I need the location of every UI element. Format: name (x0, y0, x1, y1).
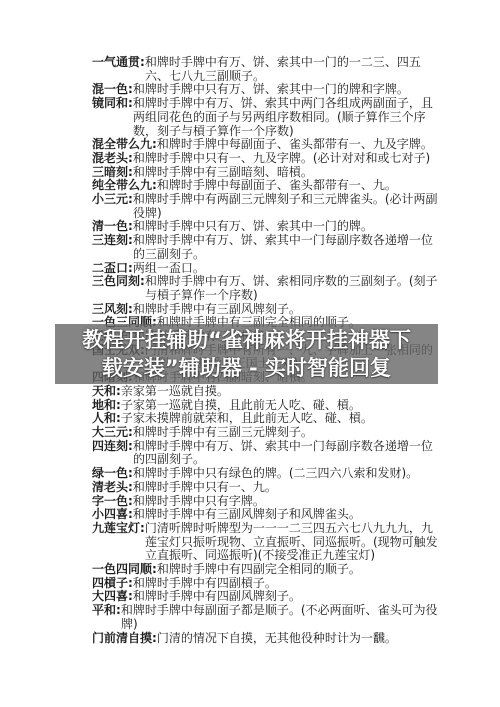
term-label: 混一色: (92, 82, 133, 96)
term-label: 清老头: (92, 480, 133, 494)
definition-entry: 一色四同顺:和牌时手牌中有四副完全相同的顺子。 (92, 563, 440, 577)
term-label: 字一色: (92, 494, 133, 508)
definition-entry: 三色同刻:和牌时手牌中有万、饼、索相同序数的三副刻子。(刻子与槓子算作一个序数) (92, 275, 440, 302)
definition-entry: 大三元:和牌时手牌中有三副三元牌刻子。 (92, 426, 440, 440)
term-label: 小三元: (92, 192, 133, 206)
definition-entry: 清老头:和牌时手牌中只有一、九。 (92, 481, 440, 495)
term-label: 镜同和: (92, 96, 133, 110)
definition-entry: 门前清自摸:门清的情况下自摸，无其他役种时计为一飜。 (92, 632, 440, 646)
term-label: 混全带么九: (92, 137, 157, 151)
term-label: 四槓子: (92, 576, 133, 590)
watermark-line-1: 教程开挂辅助“雀神麻将开挂神器下 (82, 326, 411, 354)
term-label: 门前清自摸: (92, 631, 157, 645)
term-label: 四连刻: (92, 439, 133, 453)
term-label: 三暗刻: (92, 165, 133, 179)
watermark-overlay: 教程开挂辅助“雀神麻将开挂神器下 载安装”辅助器 - 实时智能回复 (55, 324, 438, 384)
definition-entry: 天和:亲家第一巡就自摸。 (92, 385, 440, 399)
term-label: 二盃口: (92, 261, 133, 275)
definition-entry: 混老头:和牌时手牌中只有一、九及字牌。(必计对对和或七对子) (92, 152, 440, 166)
term-label: 大三元: (92, 425, 133, 439)
term-label: 三连刻: (92, 233, 133, 247)
definition-entry: 绿一色:和牌时手牌中只有绿色的牌。(二三四六八索和发财)。 (92, 467, 440, 481)
term-label: 大四喜: (92, 589, 133, 603)
document-page: 一气通贯:和牌时手牌中有万、饼、索其中一门的一二三、四五六、七八九三副顺子。混一… (0, 0, 500, 707)
term-label: 小四喜: (92, 507, 133, 521)
term-label: 地和: (92, 398, 121, 412)
term-label: 三色同刻: (92, 274, 145, 288)
definition-entry: 纯全带么九:和牌时手牌中每副面子、雀头都带有一、九。 (92, 179, 440, 193)
term-label: 一气通贯: (92, 55, 145, 69)
term-label: 一色四同顺: (92, 562, 157, 576)
definition-entry: 人和:子家未摸牌前就荣和，且此前无人吃、碰、槓。 (92, 412, 440, 426)
definition-entry: 混全带么九:和牌时手牌中每副面子、雀头都带有一、九及字牌。 (92, 138, 440, 152)
definition-entry: 平和:和牌时手牌中每副面子都是顺子。(不必两面听、雀头可为役牌) (92, 604, 440, 631)
definition-entry: 小三元:和牌时手牌中有两副三元牌刻子和三元牌雀头。(必计两副役牌) (92, 193, 440, 220)
term-label: 绿一色: (92, 466, 133, 480)
term-label: 纯全带么九: (92, 178, 157, 192)
term-label: 平和: (92, 603, 121, 617)
definition-entry: 镜同和:和牌时手牌中有万、饼、索其中两门各组成两副面子，且两组同花色的面子与另两… (92, 97, 440, 138)
term-label: 天和: (92, 384, 121, 398)
definition-entry: 一气通贯:和牌时手牌中有万、饼、索其中一门的一二三、四五六、七八九三副顺子。 (92, 56, 440, 83)
term-label: 九莲宝灯: (92, 521, 145, 535)
term-label: 混老头: (92, 151, 133, 165)
definition-entry: 三连刻:和牌时手牌中有万、饼、索其中一门每副序数各递增一位的三副刻子。 (92, 234, 440, 261)
definition-entry: 小四喜:和牌时手牌中有三副风牌刻子和风牌雀头。 (92, 508, 440, 522)
term-label: 三风刻: (92, 302, 133, 316)
term-label: 人和: (92, 411, 121, 425)
watermark-line-2: 载安装”辅助器 - 实时智能回复 (102, 354, 391, 382)
term-label: 清一色: (92, 219, 133, 233)
definition-entry: 九莲宝灯:门清听牌时听牌型为一一一二三四五六七八九九九，九莲宝灯只振听现物、立直… (92, 522, 440, 563)
definition-entry: 四连刻:和牌时手牌中有万、饼、索其中一门每副序数各递增一位的四副刻子。 (92, 440, 440, 467)
